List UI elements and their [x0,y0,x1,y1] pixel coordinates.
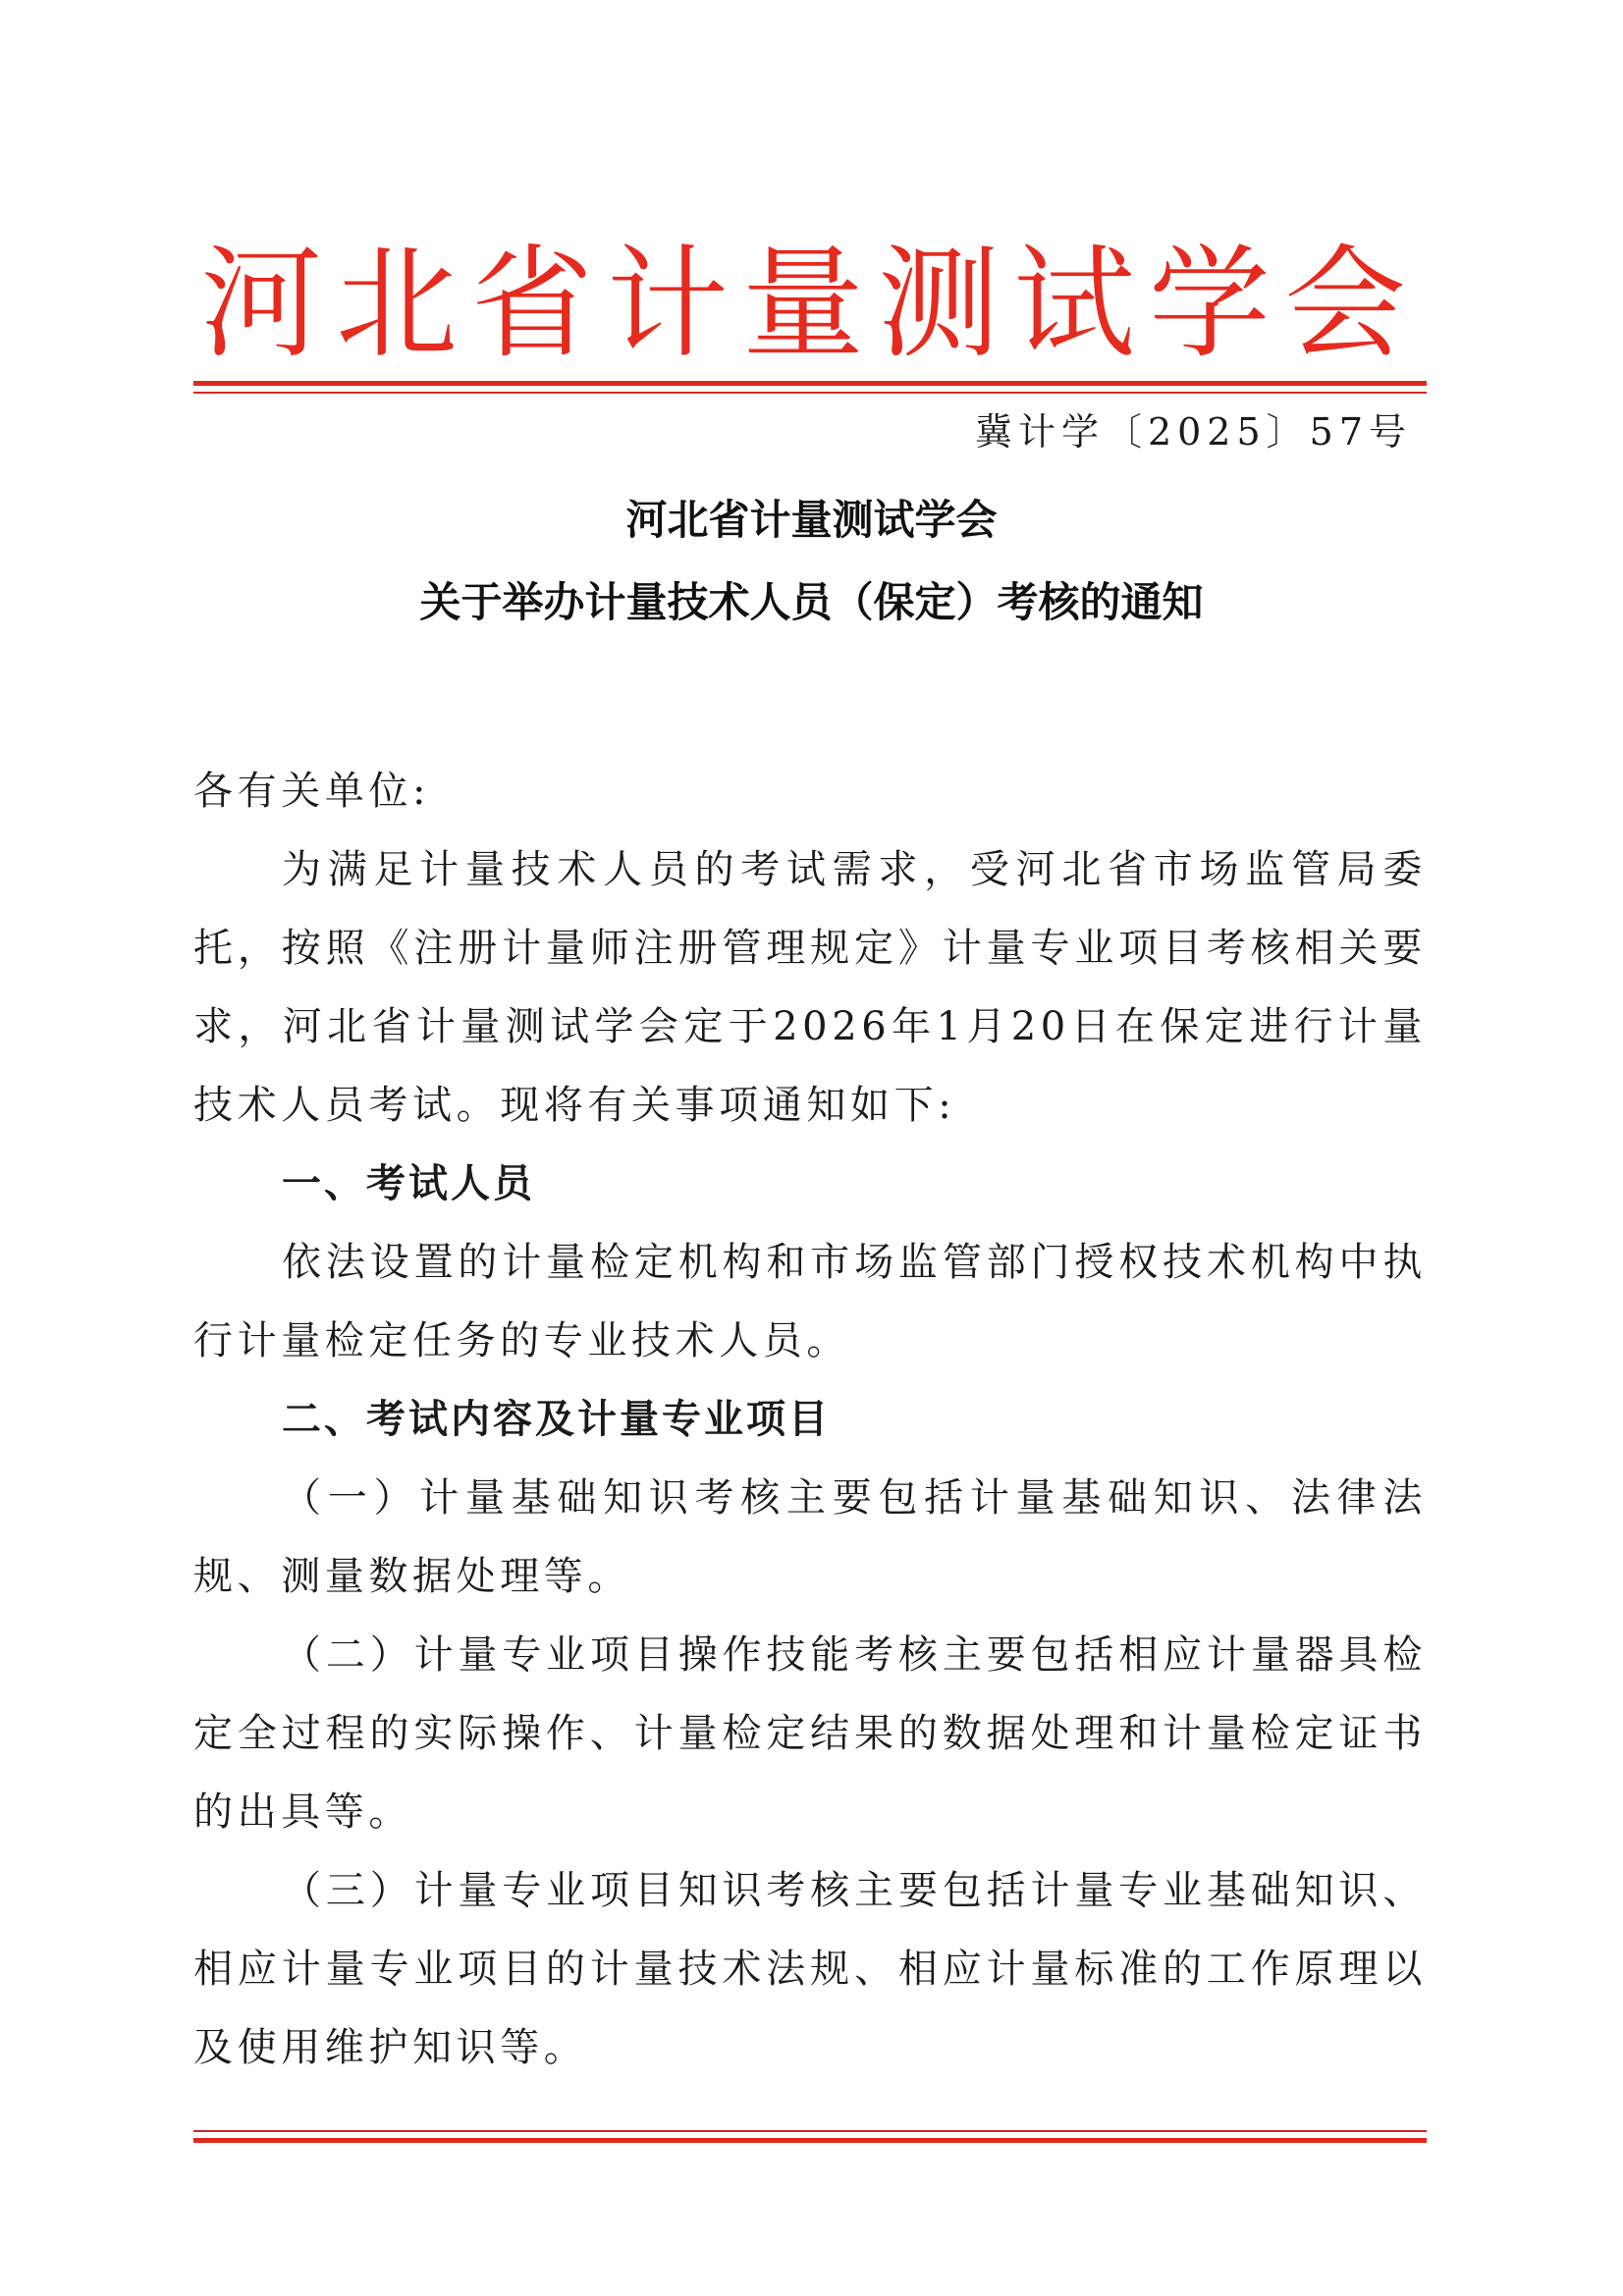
section-paragraph: （三）计量专业项目知识考核主要包括计量专业基础知识、相应计量专业项目的计量技术法… [193,1851,1427,2087]
footer-red-rule-thick [193,2138,1427,2143]
section-heading-exam-personnel: 一、考试人员 [193,1145,1427,1223]
section-paragraph: （一）计量基础知识考核主要包括计量基础知识、法律法规、测量数据处理等。 [193,1459,1427,1616]
masthead-red-rule-thin [193,392,1427,394]
section-heading-exam-content: 二、考试内容及计量专业项目 [193,1380,1427,1459]
masthead-red-rule-thick [193,381,1427,386]
section-paragraph: 依法设置的计量检定机构和市场监管部门授权技术机构中执行计量检定任务的专业技术人员… [193,1223,1427,1380]
intro-paragraph: 为满足计量技术人员的考试需求，受河北省市场监管局委托，按照《注册计量师注册管理规… [193,830,1427,1145]
footer-red-rule-thin [193,2130,1427,2132]
salutation: 各有关单位: [193,752,1427,830]
document-title-line-1: 河北省计量测试学会 [0,493,1623,548]
document-page: 河北省计量测试学会 冀计学〔2025〕57号 河北省计量测试学会 关于举办计量技… [0,0,1623,2296]
section-paragraph: （二）计量专业项目操作技能考核主要包括相应计量器具检定全过程的实际操作、计量检定… [193,1616,1427,1851]
document-number: 冀计学〔2025〕57号 [975,407,1412,456]
document-title-line-2: 关于举办计量技术人员（保定）考核的通知 [0,575,1623,630]
document-body: 各有关单位: 为满足计量技术人员的考试需求，受河北省市场监管局委托，按照《注册计… [193,752,1427,2087]
masthead-organization-name: 河北省计量测试学会 [193,236,1427,373]
